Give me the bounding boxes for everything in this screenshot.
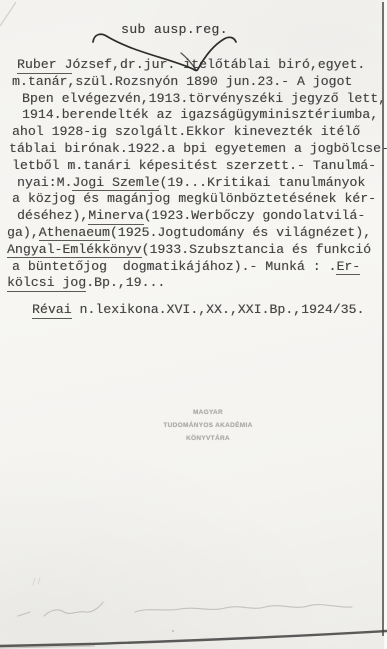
text-segment: (19...Kritikai tanulmányok	[159, 175, 365, 190]
typed-line-14: kölcsi jog.Bp.,19...	[7, 275, 387, 292]
text-segment: a büntetőjog dogmatikájához).- Munká : .	[12, 259, 336, 274]
typed-line-9: a közjog és magánjog megkülönböztetéséne…	[12, 191, 387, 208]
stamp-line: MAGYAR	[158, 407, 258, 420]
text-segment: letből m.tanári képesitést szerzett.- Ta…	[12, 158, 376, 173]
typed-line-1: Ruber József,dr.jur. itélőtáblai biró,eg…	[17, 57, 387, 74]
text-segment: déséhez),	[17, 208, 88, 223]
typed-line-10: déséhez),Minerva(1923.Werbőczy gondolatv…	[17, 208, 387, 225]
card-bottom-edge-echo	[0, 646, 95, 648]
name-underlined: Ruber J	[17, 57, 72, 74]
library-stamp: MAGYAR TUDOMÁNYOS AKADÉMIA KÖNYVTÁRA	[158, 407, 258, 445]
typed-line-11: ga),Athenaeum(1925.Jogtudomány és világn…	[7, 225, 387, 242]
catalog-card: sub ausp.reg. Ruber József,dr.jur. itélő…	[0, 0, 387, 649]
ink-dot	[172, 630, 174, 632]
typed-line-2: m.tanár,szül.Rozsnyón 1890 jun.23.- A jo…	[12, 74, 387, 91]
work-title-underlined: Er-	[336, 259, 360, 276]
typed-line-12: Angyal-Emlékkönyv(1933.Szubsztancia és f…	[7, 242, 387, 259]
card-corner-crease	[0, 2, 16, 26]
text-segment: Bpen elvégezvén,1913.törvényszéki jegyző…	[22, 91, 386, 106]
journal-title-underlined: Jogi Szemle	[72, 175, 159, 192]
text-segment: m.tanár,szül.Rozsnyón 1890 jun.23.- A jo…	[12, 74, 352, 89]
text-segment: 1914.berendelték az igazságügyminisztéri…	[22, 107, 378, 122]
typed-line-5: ahol 1928-ig szolgált.Ekkor kinevezték i…	[12, 124, 387, 141]
pencil-scribble	[18, 578, 352, 616]
text-segment: nyai:M.	[17, 175, 72, 190]
typed-line-13: a büntetőjog dogmatikájához).- Munká : .…	[12, 259, 387, 276]
typed-annotation: sub ausp.reg.	[121, 22, 228, 37]
stamp-line: TUDOMÁNYOS AKADÉMIA	[158, 420, 258, 433]
typed-text-block: Ruber József,dr.jur. itélőtáblai biró,eg…	[4, 57, 387, 292]
reference-line: Révai n.lexikona.XVI.,XX.,XXI.Bp.,1924/3…	[32, 302, 364, 317]
text-segment: táblai birónak.1922.a bpi egyetemen a jo…	[9, 141, 387, 156]
typed-line-4: 1914.berendelték az igazságügyminisztéri…	[22, 107, 387, 124]
text-segment: ózsef,dr.jur. itélőtáblai biró,egyet.	[72, 57, 365, 72]
journal-title-underlined: Minerva	[88, 208, 143, 225]
typed-line-7: letből m.tanári képesitést szerzett.- Ta…	[12, 158, 387, 175]
text-segment: (1925.Jogtudomány és világnézet),	[110, 225, 371, 240]
stamp-line: KÖNYVTÁRA	[158, 433, 258, 446]
text-segment: (1933.Szubsztancia és funkció	[142, 242, 372, 257]
typed-line-6: táblai birónak.1922.a bpi egyetemen a jo…	[9, 141, 387, 158]
text-segment: (1923.Werbőczy gondolatvilá-	[144, 208, 366, 223]
text-segment: n.lexikona.XVI.,XX.,XXI.Bp.,1924/35.	[72, 302, 365, 317]
card-bottom-edge	[0, 631, 387, 646]
typed-line-3: Bpen elvégezvén,1913.törvényszéki jegyző…	[22, 91, 387, 108]
journal-title-underlined: Angyal-Emlékkönyv	[7, 242, 142, 259]
text-segment: a közjog és magánjog megkülönböztetéséne…	[12, 191, 376, 206]
text-segment: ahol 1928-ig szolgált.Ekkor kinevezték i…	[12, 124, 360, 139]
work-title-underlined: kölcsi jog	[7, 275, 86, 292]
text-segment: ga),	[7, 225, 39, 240]
reference-title-underlined: Révai	[32, 302, 72, 319]
typed-line-8: nyai:M.Jogi Szemle(19...Kritikai tanulmá…	[17, 175, 387, 192]
journal-title-underlined: Athenaeum	[39, 225, 110, 242]
text-segment: .Bp.,19...	[86, 275, 165, 290]
